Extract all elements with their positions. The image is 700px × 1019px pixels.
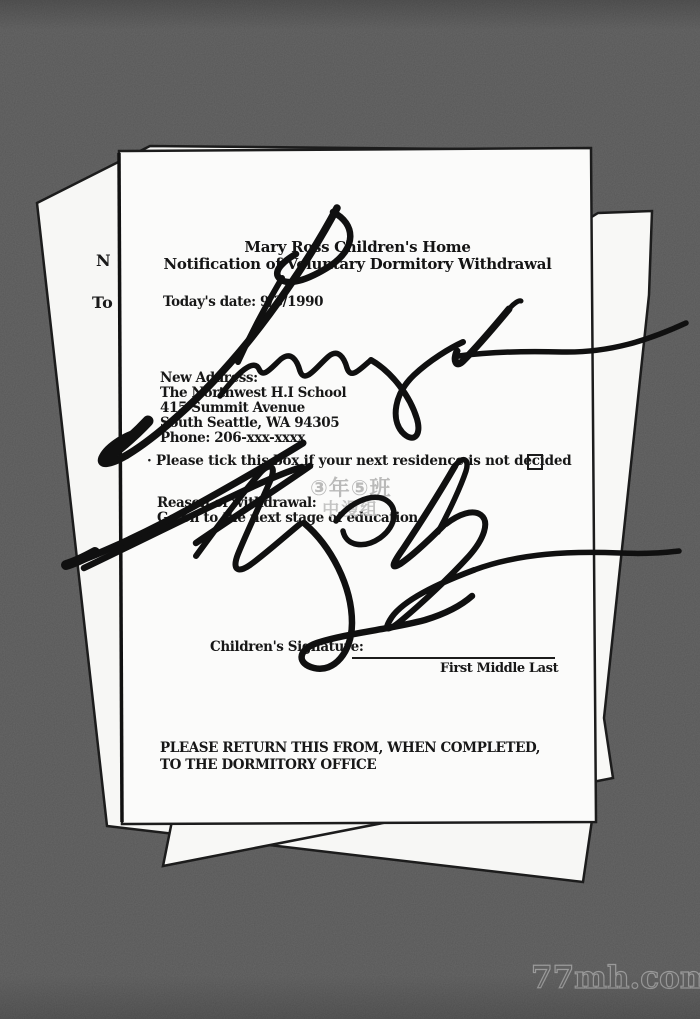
signature-line bbox=[352, 657, 555, 659]
signature-hint: First Middle Last bbox=[440, 662, 558, 675]
signature-label: Children's Signature: bbox=[210, 641, 363, 655]
footer-line2: TO THE DORMITORY OFFICE bbox=[160, 757, 540, 774]
scanlation-watermark-line2: 中漫组 bbox=[310, 499, 392, 521]
site-watermark: 77mh.com bbox=[531, 960, 700, 996]
manga-page: N To Mary Ross Children's Home Notificat… bbox=[0, 0, 700, 1019]
scanlation-watermark: ③年⑤班 中漫组 bbox=[310, 477, 392, 521]
address-line: 415 Summit Avenue bbox=[160, 401, 346, 416]
form-title-line1: Mary Ross Children's Home bbox=[119, 239, 596, 256]
reason-label: Reason of withdrawal: bbox=[157, 497, 316, 511]
address-block: New Address: The Northwest H.I School 41… bbox=[160, 371, 346, 446]
form-title: Mary Ross Children's Home Notification o… bbox=[119, 239, 596, 273]
residence-undecided-checkbox bbox=[527, 454, 543, 470]
address-line: Phone: 206-xxx-xxxx bbox=[160, 431, 346, 446]
back-sheet-letter-to: To bbox=[92, 293, 113, 312]
address-label: New Address: bbox=[160, 371, 346, 386]
address-line: South Seattle, WA 94305 bbox=[160, 416, 346, 431]
footer-line1: PLEASE RETURN THIS FROM, WHEN COMPLETED, bbox=[160, 740, 540, 757]
footer-notice: PLEASE RETURN THIS FROM, WHEN COMPLETED,… bbox=[160, 740, 540, 773]
date-line: Today's date: 9/3/1990 bbox=[163, 296, 323, 310]
tick-instruction: · Please tick this box if your next resi… bbox=[147, 455, 572, 469]
scanlation-watermark-line1: ③年⑤班 bbox=[310, 477, 392, 499]
form-title-line2: Notification of Voluntary Dormitory With… bbox=[119, 256, 596, 273]
back-sheet-letter-n: N bbox=[96, 251, 111, 270]
address-line: The Northwest H.I School bbox=[160, 386, 346, 401]
